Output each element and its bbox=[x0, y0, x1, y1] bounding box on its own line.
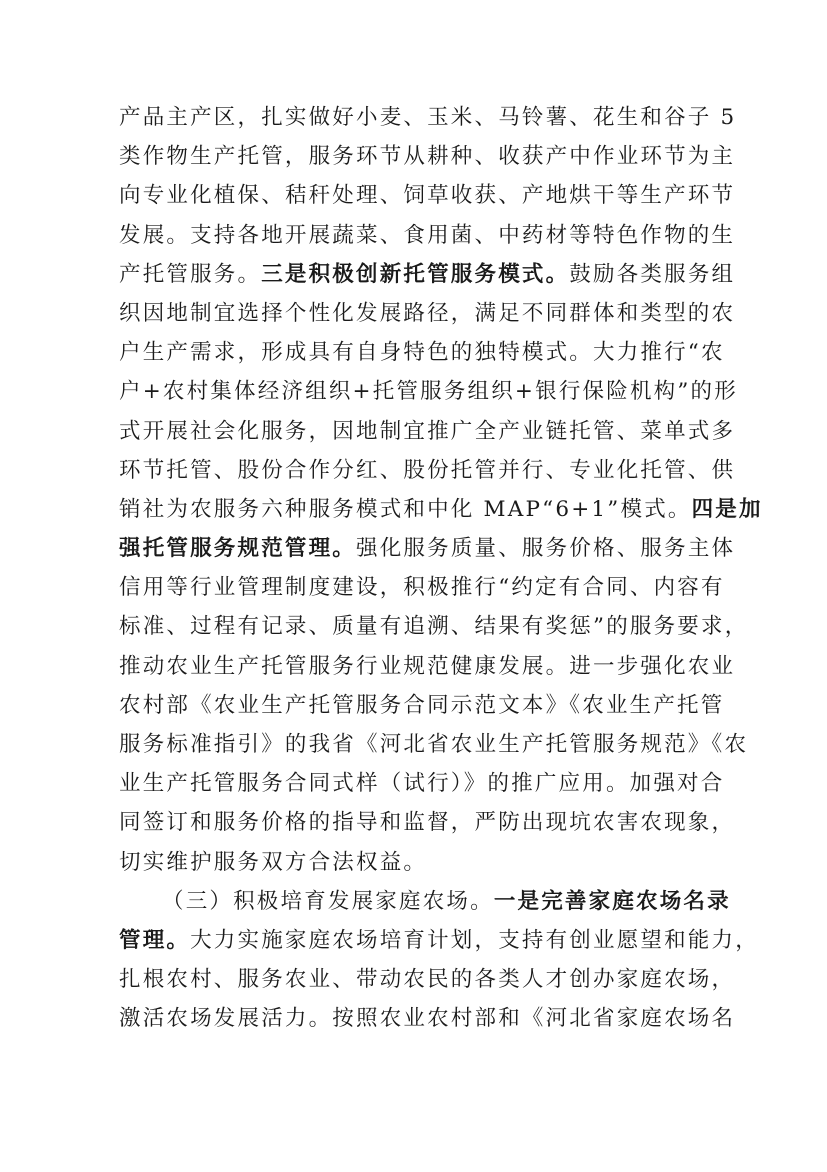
bold-heading-text: 管理。 bbox=[119, 928, 190, 953]
body-text: 激活农场发展活力。按照农业农村部和《河北省家庭农场名 bbox=[119, 1006, 735, 1031]
body-text: 销社为农服务六种服务模式和中化 MAP“6+1”模式。 bbox=[119, 497, 692, 522]
body-text: （三）积极培育发展家庭农场。 bbox=[162, 889, 494, 914]
body-text: 服务标准指引》的我省《河北省农业生产托管服务规范》《农 bbox=[119, 732, 748, 757]
text-line: 发展。支持各地开展蔬菜、食用菌、中药材等特色作物的生 bbox=[119, 216, 712, 255]
body-text: 户+农村集体经济组织+托管服务组织+银行保险机构”的形 bbox=[119, 379, 738, 404]
document-body: 产品主产区，扎实做好小麦、玉米、马铃薯、花生和谷子 5类作物生产托管，服务环节从… bbox=[119, 98, 712, 1039]
body-text: 同签订和服务价格的指导和监督，严防出现坑农害农现象， bbox=[119, 810, 735, 835]
body-text: 发展。支持各地开展蔬菜、食用菌、中药材等特色作物的生 bbox=[119, 223, 735, 248]
text-line: （三）积极培育发展家庭农场。一是完善家庭农场名录 bbox=[119, 882, 712, 921]
bold-heading-text: 四是加 bbox=[692, 497, 763, 522]
body-text: 向专业化植保、秸秆处理、饲草收获、产地烘干等生产环节 bbox=[119, 183, 735, 208]
body-text: 标准、过程有记录、质量有追溯、结果有奖惩”的服务要求， bbox=[119, 614, 748, 639]
text-line: 产品主产区，扎实做好小麦、玉米、马铃薯、花生和谷子 5 bbox=[119, 98, 712, 137]
text-line: 切实维护服务双方合法权益。 bbox=[119, 843, 712, 882]
body-text: 信用等行业管理制度建设，积极推行“约定有合同、内容有 bbox=[119, 575, 725, 600]
bold-heading-text: 一是完善家庭农场名录 bbox=[494, 889, 731, 914]
text-line: 业生产托管服务合同式样（试行）》的推广应用。加强对合 bbox=[119, 764, 712, 803]
text-line: 向专业化植保、秸秆处理、饲草收获、产地烘干等生产环节 bbox=[119, 176, 712, 215]
text-line: 管理。大力实施家庭农场培育计划，支持有创业愿望和能力， bbox=[119, 921, 712, 960]
text-line: 扎根农村、服务农业、带动农民的各类人才创办家庭农场， bbox=[119, 960, 712, 999]
text-line: 标准、过程有记录、质量有追溯、结果有奖惩”的服务要求， bbox=[119, 607, 712, 646]
text-line: 信用等行业管理制度建设，积极推行“约定有合同、内容有 bbox=[119, 568, 712, 607]
text-line: 激活农场发展活力。按照农业农村部和《河北省家庭农场名 bbox=[119, 999, 712, 1038]
text-line: 织因地制宜选择个性化发展路径，满足不同群体和类型的农 bbox=[119, 294, 712, 333]
body-text: 产品主产区，扎实做好小麦、玉米、马铃薯、花生和谷子 5 bbox=[119, 105, 736, 130]
bold-heading-text: 三是积极创新托管服务模式。 bbox=[261, 262, 569, 287]
body-text: 推动农业生产托管服务行业规范健康发展。进一步强化农业 bbox=[119, 654, 735, 679]
body-text: 户生产需求，形成具有自身特色的独特模式。大力推行“农 bbox=[119, 340, 725, 365]
body-text: 类作物生产托管，服务环节从耕种、收获产中作业环节为主 bbox=[119, 144, 735, 169]
body-text: 切实维护服务双方合法权益。 bbox=[119, 850, 427, 875]
body-text: 鼓励各类服务组 bbox=[569, 262, 735, 287]
body-text: 大力实施家庭农场培育计划，支持有创业愿望和能力， bbox=[190, 928, 759, 953]
text-line: 服务标准指引》的我省《河北省农业生产托管服务规范》《农 bbox=[119, 725, 712, 764]
text-line: 类作物生产托管，服务环节从耕种、收获产中作业环节为主 bbox=[119, 137, 712, 176]
text-line: 强托管服务规范管理。强化服务质量、服务价格、服务主体 bbox=[119, 529, 712, 568]
body-text: 强化服务质量、服务价格、服务主体 bbox=[356, 536, 735, 561]
text-line: 农村部《农业生产托管服务合同示范文本》《农业生产托管 bbox=[119, 686, 712, 725]
text-line: 销社为农服务六种服务模式和中化 MAP“6+1”模式。四是加 bbox=[119, 490, 712, 529]
body-text: 式开展社会化服务，因地制宜推广全产业链托管、菜单式多 bbox=[119, 419, 735, 444]
body-text: 扎根农村、服务农业、带动农民的各类人才创办家庭农场， bbox=[119, 967, 735, 992]
text-line: 产托管服务。三是积极创新托管服务模式。鼓励各类服务组 bbox=[119, 255, 712, 294]
body-text: 环节托管、股份合作分红、股份托管并行、专业化托管、供 bbox=[119, 458, 735, 483]
text-line: 环节托管、股份合作分红、股份托管并行、专业化托管、供 bbox=[119, 451, 712, 490]
body-text: 产托管服务。 bbox=[119, 262, 261, 287]
body-text: 织因地制宜选择个性化发展路径，满足不同群体和类型的农 bbox=[119, 301, 735, 326]
text-line: 推动农业生产托管服务行业规范健康发展。进一步强化农业 bbox=[119, 647, 712, 686]
text-line: 式开展社会化服务，因地制宜推广全产业链托管、菜单式多 bbox=[119, 412, 712, 451]
text-line: 同签订和服务价格的指导和监督，严防出现坑农害农现象， bbox=[119, 803, 712, 842]
body-text: 农村部《农业生产托管服务合同示范文本》《农业生产托管 bbox=[119, 693, 724, 718]
bold-heading-text: 强托管服务规范管理。 bbox=[119, 536, 356, 561]
body-text: 业生产托管服务合同式样（试行）》的推广应用。加强对合 bbox=[119, 771, 724, 796]
text-line: 户生产需求，形成具有自身特色的独特模式。大力推行“农 bbox=[119, 333, 712, 372]
text-line: 户+农村集体经济组织+托管服务组织+银行保险机构”的形 bbox=[119, 372, 712, 411]
